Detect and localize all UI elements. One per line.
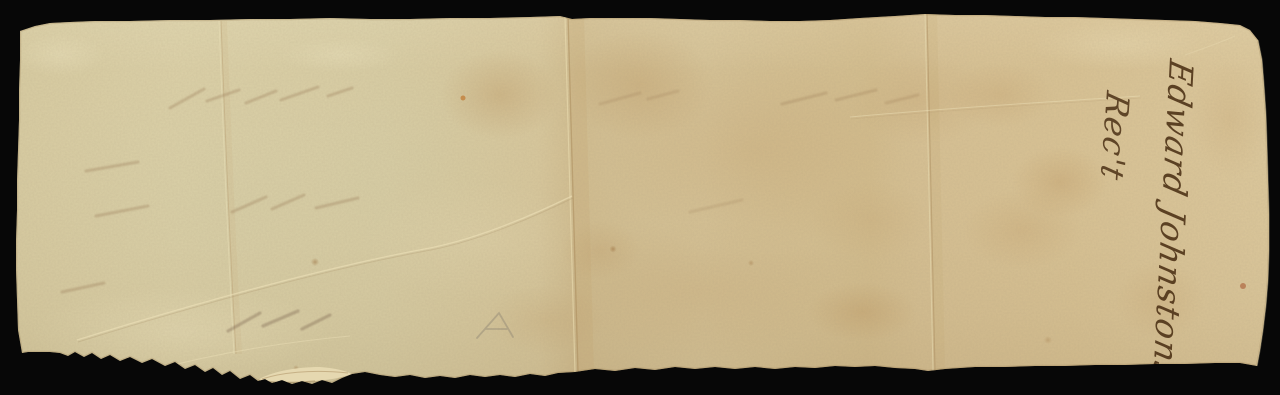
handwriting-note: Rec't xyxy=(1093,87,1136,185)
paper-sheet: Edward Johnstons Rec't xyxy=(0,0,1280,395)
scan-viewport: Edward Johnstons Rec't xyxy=(0,0,1280,395)
paper-grain xyxy=(0,0,1280,395)
scanned-document: Edward Johnstons Rec't xyxy=(0,0,1280,395)
